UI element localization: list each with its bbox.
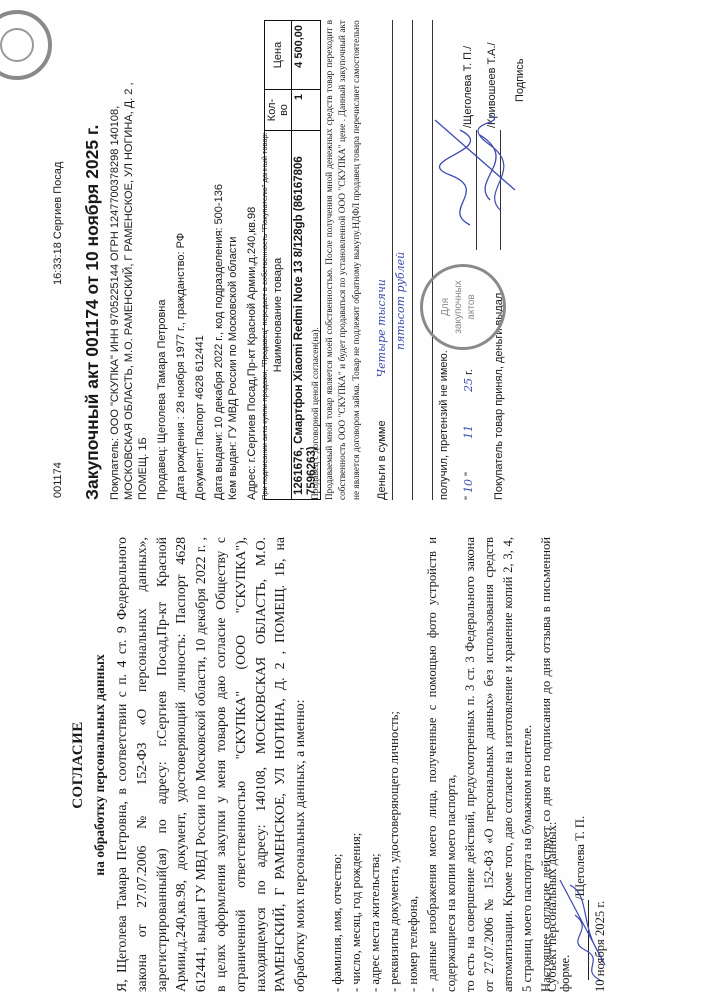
subject-label: Субъект персональных данных:	[545, 822, 560, 992]
col-name: Наименование товара	[265, 131, 292, 500]
consent-subtitle: на обработку персональных данных	[92, 530, 108, 1000]
list-item: - фамилия, имя, отчество;	[328, 537, 347, 992]
seller-document: Документ: Паспорт 4628 612441	[193, 20, 207, 500]
buyer-line-2: МОСКОВСКАЯ ОБЛАСТЬ, М.О. РАМЕНСКИЙ, Г РА…	[122, 20, 136, 500]
consent-data-list: - фамилия, имя, отчество; - число, месяц…	[328, 537, 461, 992]
money-rule-3	[432, 20, 433, 500]
act-title: Закупочный акт 001174 от 10 ноября 2025 …	[82, 125, 103, 500]
signature-label: Подпись	[514, 58, 526, 102]
consent-signature-icon	[560, 875, 610, 985]
money-section: Деньги в сумме Четыре тысячи пятьсот руб…	[375, 20, 407, 500]
seller-birth: Дата рождения : 28 ноября 1977 г., гражд…	[174, 20, 188, 500]
act-time-place: 16:33:18 Сергиев Посад	[52, 162, 64, 285]
document-issued-by: Кем выдан: ГУ МВД России по Московской о…	[226, 20, 240, 500]
act-number: 001174	[52, 462, 64, 498]
date-suffix: г.	[463, 369, 475, 375]
company-seal-stamp	[0, 10, 52, 80]
scanned-page: 001174 16:33:18 Сергиев Посад Закупочный…	[0, 0, 707, 1000]
col-qty: Кол-во	[265, 90, 292, 131]
consent-actions: то есть на совершение действий, предусмо…	[461, 537, 537, 992]
act-date-field: " 10 " 11 25 г.	[462, 369, 475, 500]
consent-intro: Я, Щеголева Тамара Петровна, в соответст…	[112, 537, 310, 992]
seller-name: Продавец: Щеголева Тамара Петровна	[155, 20, 169, 500]
date-day: 10	[462, 479, 475, 493]
consent-form: СОГЛАСИЕ на обработку персональных данны…	[0, 500, 707, 1000]
handwritten-signature-icon	[430, 110, 530, 230]
money-rule-1	[392, 20, 393, 500]
col-price: Цена	[265, 21, 292, 90]
buyer-line-1: Покупатель: ООО "СКУПКА" ИНН 9705225144 …	[108, 20, 122, 500]
act-parties: Покупатель: ООО "СКУПКА" ИНН 9705225144 …	[108, 20, 270, 500]
received-text: получил, претензий не имею.	[438, 350, 450, 500]
list-item: - реквизиты документа, удостоверяющего л…	[385, 537, 404, 992]
terms-price-agreed: Продавец с договорной ценой согласен(на)…	[310, 20, 324, 500]
money-handwritten-1: Четыре тысячи	[375, 279, 388, 377]
consent-title: СОГЛАСИЕ	[70, 530, 87, 1000]
document-issued-date: Дата выдачи: 10 декабря 2022 г., код под…	[212, 20, 226, 500]
consent-body: Я, Щеголева Тамара Петровна, в соответст…	[112, 537, 611, 992]
date-year: 25	[462, 378, 475, 392]
list-item: - данные изображения моего лица, получен…	[423, 537, 461, 992]
seller-address: Адрес: г.Сергиев Посад,Пр-кт Красной Арм…	[245, 20, 259, 500]
money-label: Деньги в сумме	[376, 420, 388, 500]
money-rule-2	[412, 20, 413, 500]
list-item: - номер телефона,	[404, 537, 423, 992]
purchase-act: 001174 16:33:18 Сергиев Посад Закупочный…	[0, 0, 707, 500]
list-item: - адрес места жительства;	[366, 537, 385, 992]
list-item: - число, месяц, год рождения;	[347, 537, 366, 992]
terms-ownership: Продаваемый мной товар является моей соб…	[324, 20, 365, 500]
money-handwritten-2: пятьсот рублей	[394, 20, 407, 350]
date-month: 11	[462, 425, 475, 439]
purchase-acts-stamp: Для закупочных актов	[420, 264, 506, 350]
buyer-line-3: ПОМЕЩ. 1Б	[136, 20, 150, 500]
act-terms: Продавец с договорной ценой согласен(на)…	[310, 20, 364, 500]
